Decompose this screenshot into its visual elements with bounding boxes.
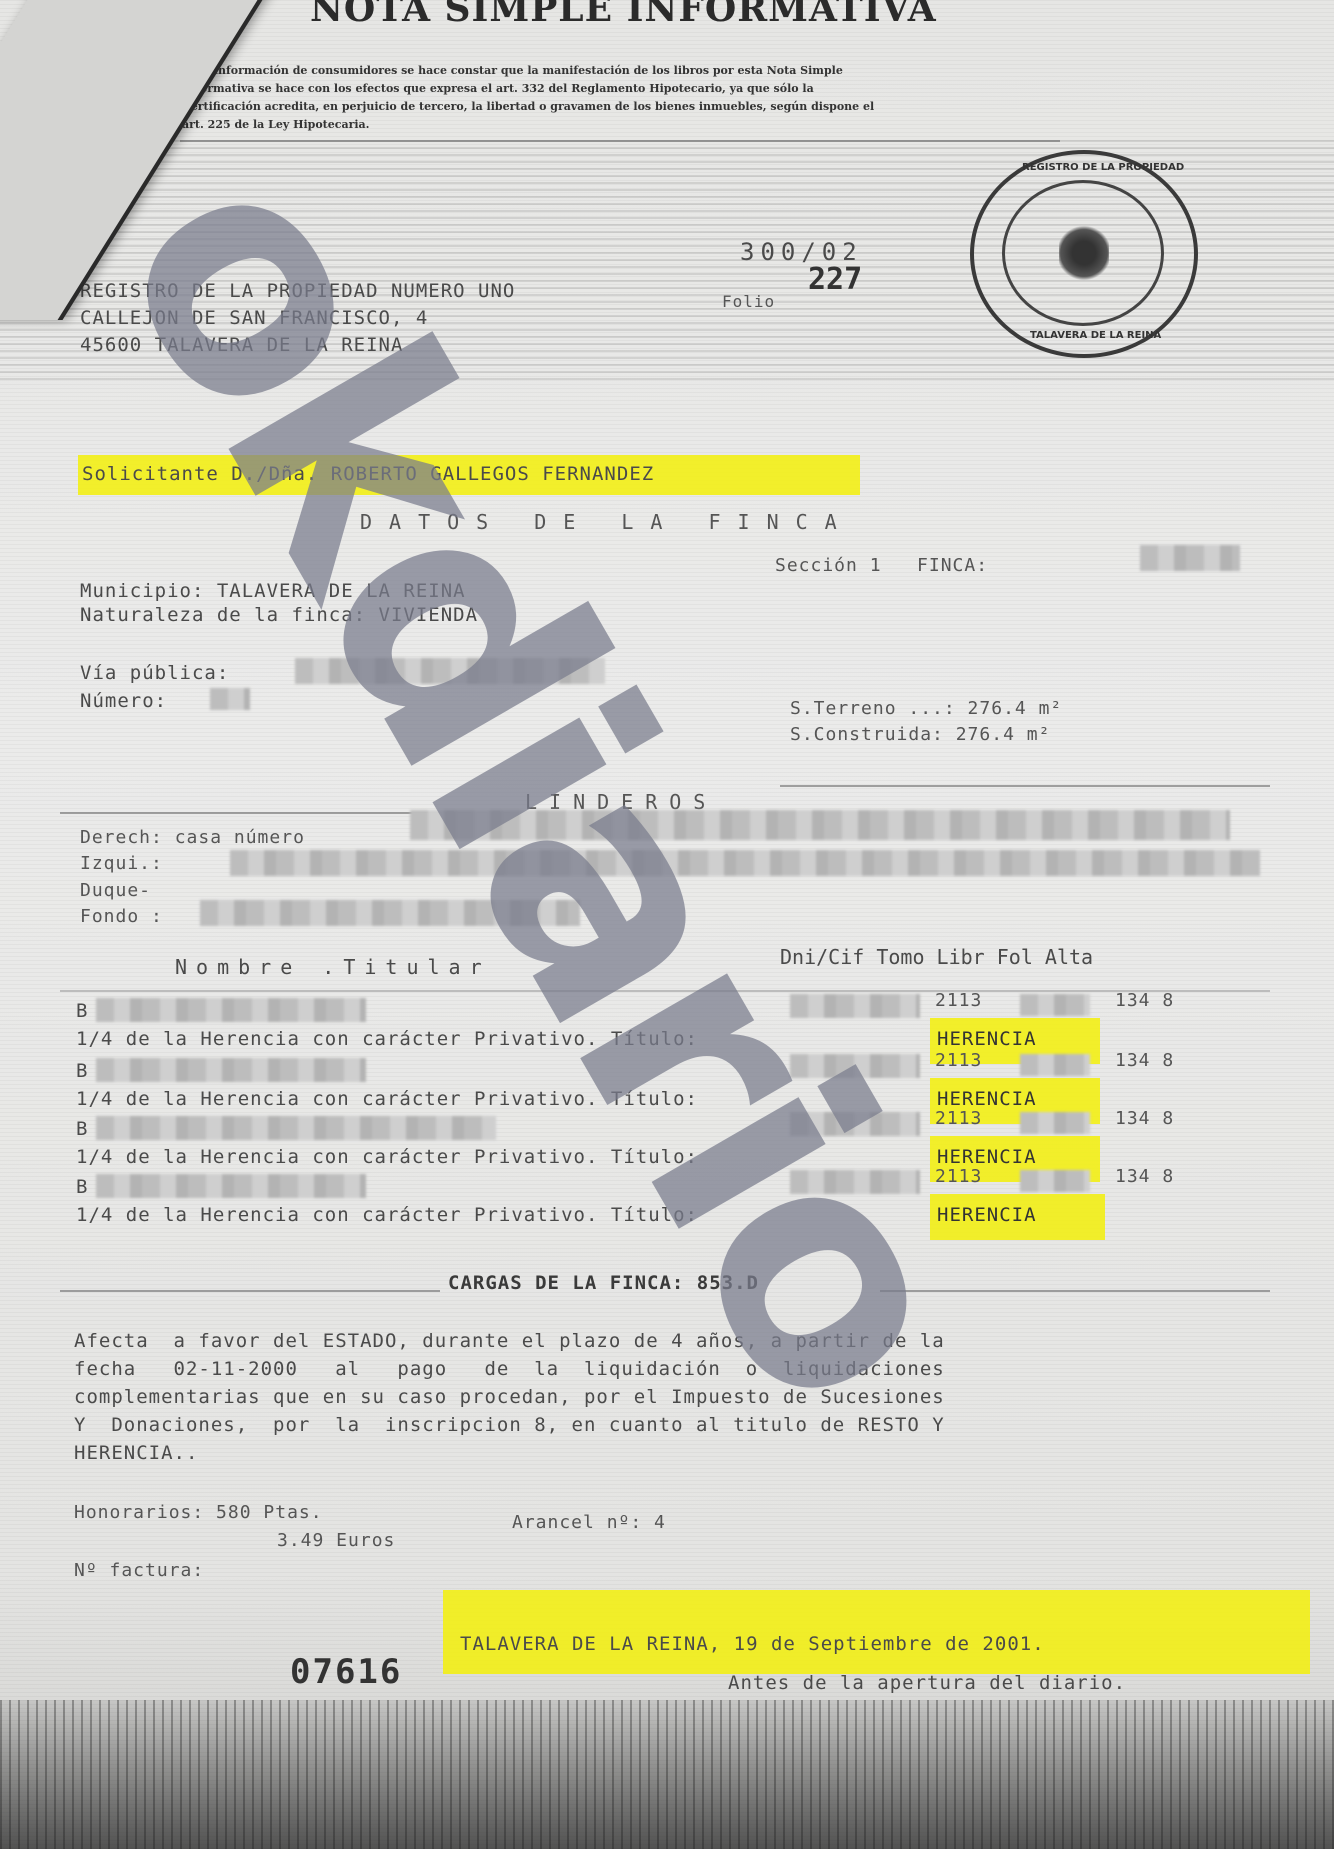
surface-land: S.Terreno ...: 276.4 m² bbox=[790, 698, 1062, 719]
redacted-owner-name bbox=[96, 1116, 496, 1140]
owner-tomo: 2113 bbox=[935, 1050, 982, 1071]
diary-note: Antes de la apertura del diario. bbox=[728, 1672, 1126, 1694]
disclaimer-line: Para información de consumidores se hace… bbox=[182, 63, 843, 79]
redacted-owner-name bbox=[96, 998, 366, 1022]
owner-title: HERENCIA bbox=[937, 1088, 1037, 1110]
owner-title: HERENCIA bbox=[937, 1028, 1037, 1050]
redacted-libro bbox=[1020, 1170, 1090, 1192]
lindero-izquierda: Izqui.: bbox=[80, 853, 163, 874]
owner-folio: 134 8 bbox=[1115, 1050, 1174, 1071]
owner-name: B bbox=[76, 1000, 88, 1022]
highlight-date bbox=[443, 1590, 1310, 1674]
disclaimer-line: Informativa se hace con los efectos que … bbox=[182, 81, 814, 97]
stamp-inner-ring bbox=[1002, 180, 1164, 326]
document-title: NOTA SIMPLE INFORMATIVA bbox=[310, 0, 937, 30]
redacted-owner-name bbox=[96, 1174, 366, 1198]
lindero-duque: Duque- bbox=[80, 880, 151, 901]
date-line: TALAVERA DE LA REINA, 19 de Septiembre d… bbox=[460, 1633, 1045, 1655]
owner-tomo: 2113 bbox=[935, 990, 982, 1011]
owner-folio: 134 8 bbox=[1115, 1108, 1174, 1129]
cargas-line: HERENCIA.. bbox=[74, 1442, 198, 1464]
honorarios-euros: 3.49 Euros bbox=[277, 1530, 395, 1551]
lindero-derecha: Derech: casa número bbox=[80, 827, 305, 848]
redacted-owner-name bbox=[96, 1058, 366, 1082]
divider bbox=[60, 1290, 440, 1292]
disclaimer-line: Certificación acredita, en perjuicio de … bbox=[182, 99, 874, 115]
redacted-libro bbox=[1020, 994, 1090, 1016]
honorarios: Honorarios: 580 Ptas. bbox=[74, 1502, 323, 1523]
scanned-document: NOTA SIMPLE INFORMATIVA Para información… bbox=[0, 0, 1334, 1849]
factura-label: Nº factura: bbox=[74, 1560, 204, 1581]
stamp-bottom-text: TALAVERA DE LA REINA bbox=[1030, 330, 1161, 341]
cargas-line: Y Donaciones, por la inscripcion 8, en c… bbox=[74, 1414, 945, 1436]
divider bbox=[780, 785, 1270, 787]
arancel: Arancel nº: 4 bbox=[512, 1512, 666, 1533]
coat-of-arms-icon bbox=[1059, 223, 1109, 283]
owner-folio: 134 8 bbox=[1115, 990, 1174, 1011]
folio-label: Folio bbox=[722, 292, 775, 311]
owner-name: B bbox=[76, 1176, 88, 1198]
via-publica-label: Vía pública: bbox=[80, 662, 229, 684]
owner-name: B bbox=[76, 1118, 88, 1140]
redacted-libro bbox=[1020, 1054, 1090, 1076]
owner-name: B bbox=[76, 1060, 88, 1082]
scan-noise-bottom bbox=[0, 1700, 1334, 1849]
surface-built: S.Construida: 276.4 m² bbox=[790, 724, 1050, 745]
factura-number: 07616 bbox=[290, 1652, 402, 1692]
registry-stamp: REGISTRO DE LA PROPIEDAD TALAVERA DE LA … bbox=[970, 150, 1198, 358]
section-finca: Sección 1 FINCA: bbox=[775, 555, 988, 576]
owner-folio: 134 8 bbox=[1115, 1166, 1174, 1187]
numero-label: Número: bbox=[80, 690, 167, 712]
stamp-outer-text: REGISTRO DE LA PROPIEDAD bbox=[1022, 162, 1184, 173]
redacted-libro bbox=[1020, 1112, 1090, 1134]
redacted-number bbox=[210, 688, 250, 710]
folio-number: 227 bbox=[808, 262, 862, 297]
redacted-finca-number bbox=[1140, 545, 1240, 571]
lindero-fondo: Fondo : bbox=[80, 906, 163, 927]
